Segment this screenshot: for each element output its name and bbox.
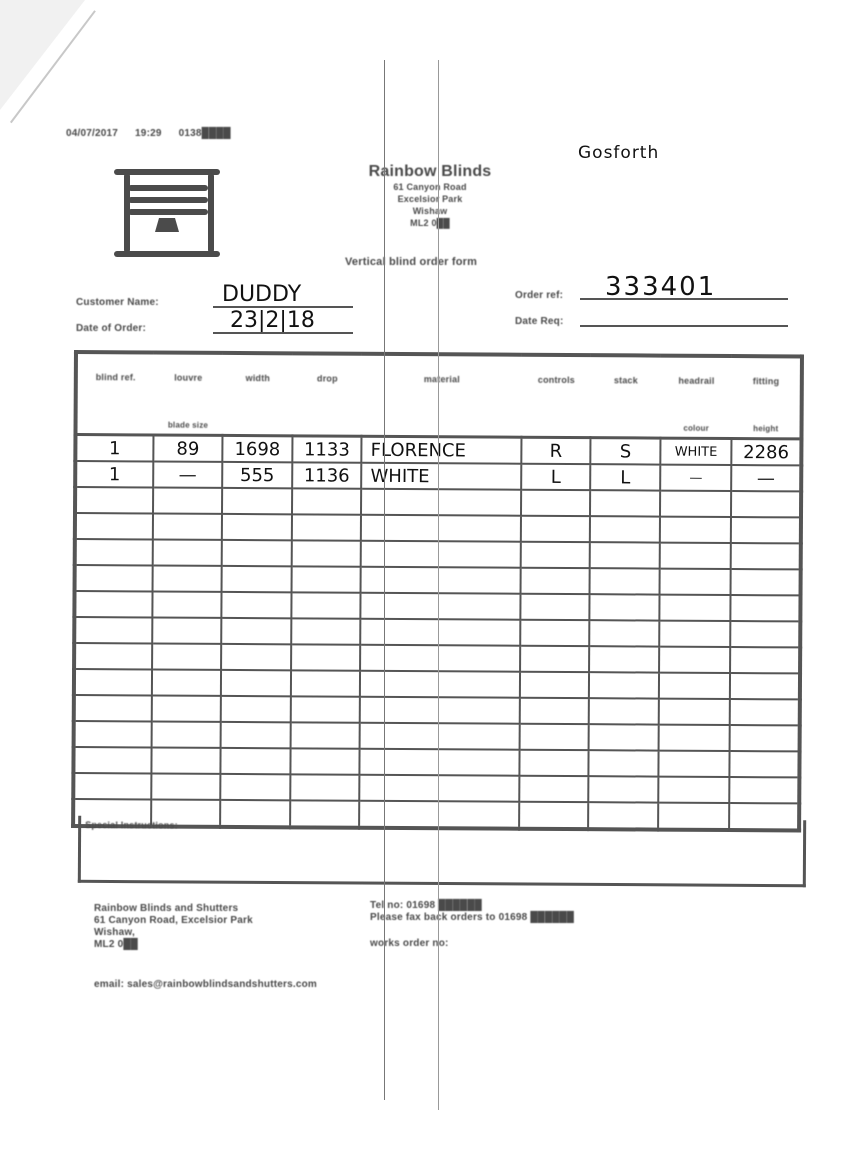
- special-instructions-label: Special Instructions:: [85, 820, 178, 831]
- table-cell-blind-ref[interactable]: [75, 487, 153, 513]
- table-cell-drop[interactable]: 1136: [292, 462, 362, 488]
- table-cell-width[interactable]: [221, 722, 291, 748]
- table-cell-controls[interactable]: R: [521, 437, 591, 464]
- column-header-label: louvre: [174, 373, 202, 383]
- table-cell-fitting[interactable]: [730, 751, 800, 777]
- table-cell-stack[interactable]: S: [591, 438, 661, 465]
- date-req-line: [580, 325, 788, 327]
- column-header-label: fitting: [753, 376, 779, 386]
- column-header: stack: [591, 355, 661, 438]
- date-of-order-line: [213, 332, 353, 334]
- customer-name-label: Customer Name:: [76, 297, 159, 308]
- customer-name-value[interactable]: DUDDY: [222, 282, 301, 307]
- blind-logo-icon: [113, 166, 221, 258]
- table-cell-blind-ref[interactable]: [74, 695, 152, 721]
- table-cell-louvre[interactable]: [152, 565, 222, 591]
- fax-date: 04/07/2017: [66, 128, 118, 139]
- table-cell-stack[interactable]: [590, 490, 660, 516]
- table-cell-headrail[interactable]: [659, 595, 731, 621]
- table-cell-controls[interactable]: [520, 620, 590, 646]
- table-cell-stack[interactable]: [590, 594, 660, 620]
- table-cell-blind-ref[interactable]: [75, 565, 153, 591]
- table-cell-headrail[interactable]: [659, 647, 731, 673]
- table-cell-drop[interactable]: [290, 748, 360, 774]
- table-cell-louvre[interactable]: [152, 643, 222, 669]
- column-header-label: headrail: [678, 376, 714, 386]
- table-cell-louvre[interactable]: [151, 773, 221, 799]
- table-cell-width[interactable]: [222, 566, 292, 592]
- table-cell-fitting[interactable]: [731, 621, 801, 647]
- fax-header: 04/07/2017 19:29 0138████: [66, 128, 245, 139]
- table-cell-headrail[interactable]: [658, 725, 730, 751]
- table-cell-drop[interactable]: [292, 488, 362, 514]
- table-cell-width[interactable]: [221, 618, 291, 644]
- table-cell-headrail[interactable]: [659, 621, 731, 647]
- table-cell-louvre[interactable]: [151, 747, 221, 773]
- date-req-label: Date Req:: [515, 316, 563, 327]
- table-cell-fitting[interactable]: [730, 777, 800, 803]
- table-cell-stack[interactable]: [589, 750, 659, 776]
- column-header: fittingheight: [732, 356, 802, 439]
- column-header-label: width: [246, 373, 271, 383]
- table-cell-headrail[interactable]: [659, 673, 731, 699]
- table-cell-blind-ref[interactable]: [74, 617, 152, 643]
- table-cell-louvre[interactable]: [152, 617, 222, 643]
- table-cell-controls[interactable]: [519, 724, 589, 750]
- table-cell-material[interactable]: WHITE: [361, 463, 521, 490]
- table-cell-stack[interactable]: [589, 646, 659, 672]
- date-of-order-label: Date of Order:: [76, 323, 146, 334]
- scan-fold-line: [438, 60, 439, 1110]
- table-cell-louvre[interactable]: [153, 513, 223, 539]
- table-cell-headrail[interactable]: [659, 699, 731, 725]
- table-cell-drop[interactable]: [291, 540, 361, 566]
- table-cell-headrail[interactable]: [658, 751, 730, 777]
- table-cell-width[interactable]: [221, 644, 291, 670]
- fax-number: 0138████: [179, 128, 231, 139]
- footer-company: Rainbow Blinds and Shutters 61 Canyon Ro…: [94, 903, 253, 951]
- column-header: blind ref.: [75, 352, 153, 435]
- company-address-4: ML2 0██: [330, 217, 530, 229]
- table-cell-width[interactable]: [220, 774, 290, 800]
- table-cell-controls[interactable]: L: [521, 464, 591, 490]
- table-cell-headrail[interactable]: [660, 543, 732, 569]
- company-header: Rainbow Blinds 61 Canyon Road Excelsior …: [330, 163, 530, 229]
- table-cell-stack[interactable]: [589, 698, 659, 724]
- table-cell-blind-ref[interactable]: [73, 773, 151, 799]
- table-cell-width[interactable]: [221, 748, 291, 774]
- footer-email: email: sales@rainbowblindsandshutters.co…: [94, 979, 317, 990]
- table-cell-blind-ref[interactable]: [73, 747, 151, 773]
- table-cell-controls[interactable]: [521, 490, 591, 516]
- table-cell-controls[interactable]: [521, 516, 591, 542]
- table-cell-stack[interactable]: [590, 620, 660, 646]
- footer-contact: Tel no: 01698 ██████ Please fax back ord…: [370, 900, 574, 950]
- table-cell-stack[interactable]: [590, 516, 660, 542]
- scan-page-corner: [0, 0, 85, 110]
- table-cell-width[interactable]: 1698: [223, 435, 293, 462]
- column-header-label: stack: [614, 375, 638, 385]
- column-header-sublabel: height: [732, 424, 800, 433]
- column-header: material: [362, 354, 522, 437]
- table-cell-drop[interactable]: [290, 774, 360, 800]
- scan-fold-line: [384, 60, 385, 1100]
- table-cell-stack[interactable]: [590, 568, 660, 594]
- table-cell-louvre[interactable]: [152, 669, 222, 695]
- table-cell-fitting[interactable]: [731, 491, 801, 517]
- table-cell-headrail[interactable]: [660, 491, 732, 517]
- branch-note: Gosforth: [578, 143, 659, 163]
- table-cell-fitting[interactable]: [730, 699, 800, 725]
- table-cell-width[interactable]: [222, 488, 292, 514]
- table-cell-width[interactable]: [222, 540, 292, 566]
- footer-company-line-1: Rainbow Blinds and Shutters: [94, 903, 253, 915]
- table-cell-headrail[interactable]: [659, 569, 731, 595]
- column-header-label: controls: [538, 375, 575, 385]
- table-cell-drop[interactable]: [290, 696, 360, 722]
- table-cell-controls[interactable]: [520, 698, 590, 724]
- table-cell-controls[interactable]: [519, 750, 589, 776]
- footer-works-order: works order no:: [370, 938, 574, 950]
- column-header: width: [223, 353, 293, 436]
- table-cell-blind-ref[interactable]: [74, 669, 152, 695]
- table-cell-louvre[interactable]: [151, 721, 221, 747]
- table-cell-fitting[interactable]: 2286: [732, 439, 802, 466]
- table-cell-blind-ref[interactable]: 1: [75, 461, 153, 487]
- table-cell-fitting[interactable]: [731, 595, 801, 621]
- table-cell-width[interactable]: [222, 592, 292, 618]
- table-cell-drop[interactable]: 1133: [292, 436, 362, 463]
- table-cell-material[interactable]: [361, 515, 521, 542]
- table-cell-fitting[interactable]: [730, 725, 800, 751]
- table-cell-louvre[interactable]: [152, 539, 222, 565]
- table-cell-drop[interactable]: [292, 514, 362, 540]
- table-cell-headrail[interactable]: WHITE: [660, 438, 732, 465]
- table-cell-controls[interactable]: [520, 568, 590, 594]
- table-cell-controls[interactable]: [520, 646, 590, 672]
- table-cell-stack[interactable]: [589, 724, 659, 750]
- column-header-label: material: [424, 374, 460, 384]
- table-cell-fitting[interactable]: [731, 543, 801, 569]
- company-address-3: Wishaw: [330, 205, 530, 217]
- table-cell-blind-ref[interactable]: [74, 643, 152, 669]
- company-address-1: 61 Canyon Road: [330, 181, 530, 193]
- table-cell-fitting[interactable]: [730, 647, 800, 673]
- table-cell-width[interactable]: [221, 670, 291, 696]
- table-cell-louvre[interactable]: [151, 695, 221, 721]
- table-cell-width[interactable]: 555: [222, 462, 292, 488]
- footer-fax: Please fax back orders to 01698 ██████: [370, 912, 574, 924]
- date-of-order-value[interactable]: 23|2|18: [230, 308, 315, 333]
- table-cell-stack[interactable]: [589, 672, 659, 698]
- table-cell-material[interactable]: FLORENCE: [362, 436, 522, 463]
- table-cell-controls[interactable]: [520, 594, 590, 620]
- footer-company-line-2: 61 Canyon Road, Excelsior Park: [94, 915, 253, 927]
- table-cell-blind-ref[interactable]: [75, 539, 153, 565]
- table-cell-controls[interactable]: [520, 672, 590, 698]
- table-cell-blind-ref[interactable]: [74, 721, 152, 747]
- column-header: headrailcolour: [660, 356, 732, 439]
- special-instructions-box[interactable]: Special Instructions:: [78, 816, 806, 887]
- table-cell-fitting[interactable]: [730, 673, 800, 699]
- table-cell-headrail[interactable]: —: [660, 465, 732, 491]
- table-cell-width[interactable]: [222, 514, 292, 540]
- table-cell-fitting[interactable]: [731, 517, 801, 543]
- footer-tel: Tel no: 01698 ██████: [370, 900, 574, 912]
- table-cell-headrail[interactable]: [658, 777, 730, 803]
- table-cell-stack[interactable]: L: [590, 464, 660, 490]
- footer-company-line-4: ML2 0██: [94, 939, 253, 951]
- column-header: controls: [521, 355, 591, 438]
- table-cell-drop[interactable]: [291, 592, 361, 618]
- fax-time: 19:29: [135, 128, 162, 139]
- column-header-sublabel: colour: [660, 424, 732, 433]
- table-cell-drop[interactable]: [290, 722, 360, 748]
- table-cell-drop[interactable]: [291, 618, 361, 644]
- order-ref-label: Order ref:: [515, 290, 563, 301]
- table-cell-louvre[interactable]: [153, 487, 223, 513]
- table-cell-drop[interactable]: [291, 566, 361, 592]
- column-header: drop: [292, 353, 362, 436]
- table-cell-drop[interactable]: [291, 644, 361, 670]
- table-cell-louvre[interactable]: [152, 591, 222, 617]
- company-name: Rainbow Blinds: [330, 163, 530, 181]
- table-cell-blind-ref[interactable]: 1: [75, 435, 153, 462]
- table-cell-fitting[interactable]: [731, 569, 801, 595]
- table-cell-blind-ref[interactable]: [74, 591, 152, 617]
- table-cell-blind-ref[interactable]: [75, 513, 153, 539]
- column-header-label: drop: [317, 373, 338, 383]
- table-cell-controls[interactable]: [519, 776, 589, 802]
- company-address-2: Excelsior Park: [330, 193, 530, 205]
- table-cell-louvre[interactable]: —: [153, 461, 223, 487]
- column-header-label: blind ref.: [96, 372, 136, 382]
- form-title: Vertical blind order form: [345, 256, 477, 268]
- footer-company-line-3: Wishaw,: [94, 927, 253, 939]
- table-cell-material[interactable]: [361, 489, 521, 516]
- table-cell-drop[interactable]: [291, 670, 361, 696]
- table-cell-headrail[interactable]: [660, 517, 732, 543]
- table-cell-louvre[interactable]: 89: [153, 435, 223, 462]
- table-cell-stack[interactable]: [589, 776, 659, 802]
- table-cell-stack[interactable]: [590, 542, 660, 568]
- table-cell-fitting[interactable]: —: [732, 465, 802, 491]
- table-cell-width[interactable]: [221, 696, 291, 722]
- table-cell-controls[interactable]: [520, 542, 590, 568]
- column-header-sublabel: blade size: [153, 420, 223, 429]
- column-header: louvreblade size: [153, 352, 223, 435]
- order-ref-line: [580, 298, 788, 300]
